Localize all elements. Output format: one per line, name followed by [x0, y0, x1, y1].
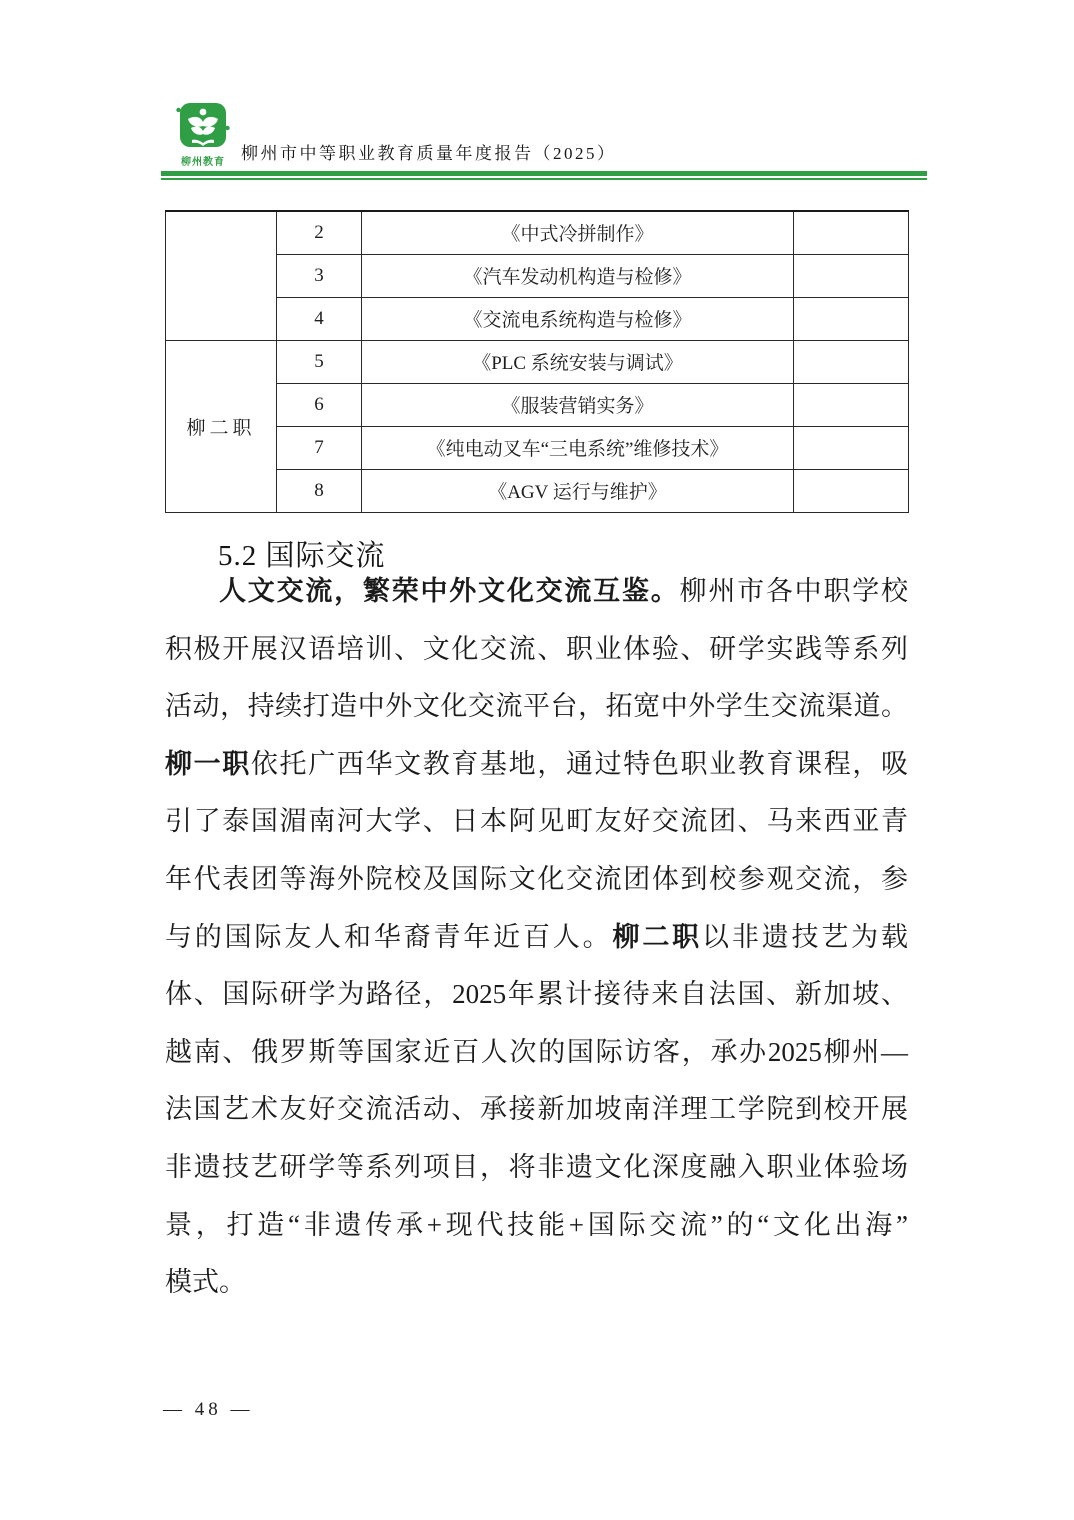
document-page: 柳州教育 柳州市中等职业教育质量年度报告（2025） 2《中式冷拼制作》3《汽车…: [0, 0, 1074, 1520]
course-table: 2《中式冷拼制作》3《汽车发动机构造与检修》4《交流电系统构造与检修》柳二职5《…: [165, 210, 909, 513]
row-number-cell: 5: [277, 340, 362, 383]
paragraph-line: 景，打造“非遗传承+现代技能+国际交流”的“文化出海”: [165, 1197, 908, 1255]
row-number-cell: 7: [277, 426, 362, 469]
course-name-cell: 《纯电动叉车“三电系统”维修技术》: [362, 426, 794, 469]
empty-cell: [794, 254, 909, 297]
text-run: 景，打造“非遗传承+现代技能+国际交流”的“文化出海”: [165, 1210, 908, 1240]
empty-cell: [794, 426, 909, 469]
paragraph-line: 与的国际友人和华裔青年近百人。柳二职以非遗技艺为载: [165, 909, 908, 967]
table-row: 4《交流电系统构造与检修》: [166, 297, 909, 340]
logo-caption: 柳州教育: [170, 153, 236, 168]
table-row: 8《AGV 运行与维护》: [166, 469, 909, 512]
course-name-cell: 《服装营销实务》: [362, 383, 794, 426]
text-run: 越南、俄罗斯等国家近百人次的国际访客，承办2025柳州—: [165, 1037, 908, 1067]
course-name-cell: 《中式冷拼制作》: [362, 211, 794, 254]
school-cell: [166, 211, 277, 340]
header-rule-thin: [161, 178, 927, 180]
paragraph-line: 非遗技艺研学等系列项目，将非遗文化深度融入职业体验场: [165, 1139, 908, 1197]
table-row: 3《汽车发动机构造与检修》: [166, 254, 909, 297]
org-logo: 柳州教育: [170, 101, 236, 168]
bold-text-run: 柳二职: [613, 922, 703, 952]
paragraph-line: 引了泰国湄南河大学、日本阿见町友好交流团、马来西亚青: [165, 793, 908, 851]
bold-text-run: 人文交流，繁荣中外文化交流互鉴。: [219, 576, 680, 606]
row-number-cell: 6: [277, 383, 362, 426]
row-number-cell: 8: [277, 469, 362, 512]
paragraph-line: 年代表团等海外院校及国际文化交流团体到校参观交流，参: [165, 851, 908, 909]
course-table-body: 2《中式冷拼制作》3《汽车发动机构造与检修》4《交流电系统构造与检修》柳二职5《…: [166, 211, 909, 512]
text-run: 体、国际研学为路径，2025年累计接待来自法国、新加坡、: [165, 979, 908, 1009]
page-number: — 48 —: [163, 1399, 254, 1421]
course-name-cell: 《交流电系统构造与检修》: [362, 297, 794, 340]
text-run: 柳州市各中职学校: [680, 576, 908, 606]
header-rule-thick: [161, 171, 927, 176]
empty-cell: [794, 469, 909, 512]
text-run: 法国艺术友好交流活动、承接新加坡南洋理工学院到校开展: [165, 1094, 908, 1124]
liuzhou-education-logo-icon: [175, 101, 231, 151]
empty-cell: [794, 211, 909, 254]
text-run: 引了泰国湄南河大学、日本阿见町友好交流团、马来西亚青: [165, 806, 908, 836]
paragraph-line: 法国艺术友好交流活动、承接新加坡南洋理工学院到校开展: [165, 1081, 908, 1139]
text-run: 活动，持续打造中外文化交流平台，拓宽中外学生交流渠道。: [165, 691, 908, 721]
paragraph-line: 积极开展汉语培训、文化交流、职业体验、研学实践等系列: [165, 621, 908, 679]
table-row: 柳二职5《PLC 系统安装与调试》: [166, 340, 909, 383]
row-number-cell: 4: [277, 297, 362, 340]
table-row: 7《纯电动叉车“三电系统”维修技术》: [166, 426, 909, 469]
row-number-cell: 3: [277, 254, 362, 297]
document-header-title: 柳州市中等职业教育质量年度报告（2025）: [241, 139, 617, 164]
row-number-cell: 2: [277, 211, 362, 254]
text-run: 与的国际友人和华裔青年近百人。: [165, 922, 613, 952]
paragraph-line: 活动，持续打造中外文化交流平台，拓宽中外学生交流渠道。: [165, 678, 908, 736]
paragraph-line: 人文交流，繁荣中外文化交流互鉴。柳州市各中职学校: [165, 563, 908, 621]
paragraph-line: 模式。: [165, 1254, 908, 1312]
bold-text-run: 柳一职: [165, 749, 251, 779]
course-table-container: 2《中式冷拼制作》3《汽车发动机构造与检修》4《交流电系统构造与检修》柳二职5《…: [165, 210, 909, 513]
paragraph: 人文交流，繁荣中外文化交流互鉴。柳州市各中职学校积极开展汉语培训、文化交流、职业…: [165, 563, 908, 1312]
text-run: 非遗技艺研学等系列项目，将非遗文化深度融入职业体验场: [165, 1152, 908, 1182]
text-run: 年代表团等海外院校及国际文化交流团体到校参观交流，参: [165, 864, 908, 894]
paragraph-line: 体、国际研学为路径，2025年累计接待来自法国、新加坡、: [165, 966, 908, 1024]
course-name-cell: 《AGV 运行与维护》: [362, 469, 794, 512]
text-run: 模式。: [165, 1267, 246, 1297]
course-name-cell: 《PLC 系统安装与调试》: [362, 340, 794, 383]
empty-cell: [794, 297, 909, 340]
text-run: 依托广西华文教育基地，通过特色职业教育课程，吸: [251, 749, 908, 779]
empty-cell: [794, 383, 909, 426]
paragraph-line: 柳一职依托广西华文教育基地，通过特色职业教育课程，吸: [165, 736, 908, 794]
school-cell: 柳二职: [166, 340, 277, 512]
course-name-cell: 《汽车发动机构造与检修》: [362, 254, 794, 297]
paragraph-line: 越南、俄罗斯等国家近百人次的国际访客，承办2025柳州—: [165, 1024, 908, 1082]
table-row: 6《服装营销实务》: [166, 383, 909, 426]
empty-cell: [794, 340, 909, 383]
text-run: 积极开展汉语培训、文化交流、职业体验、研学实践等系列: [165, 634, 908, 664]
table-row: 2《中式冷拼制作》: [166, 211, 909, 254]
text-run: 以非遗技艺为载: [702, 922, 908, 952]
